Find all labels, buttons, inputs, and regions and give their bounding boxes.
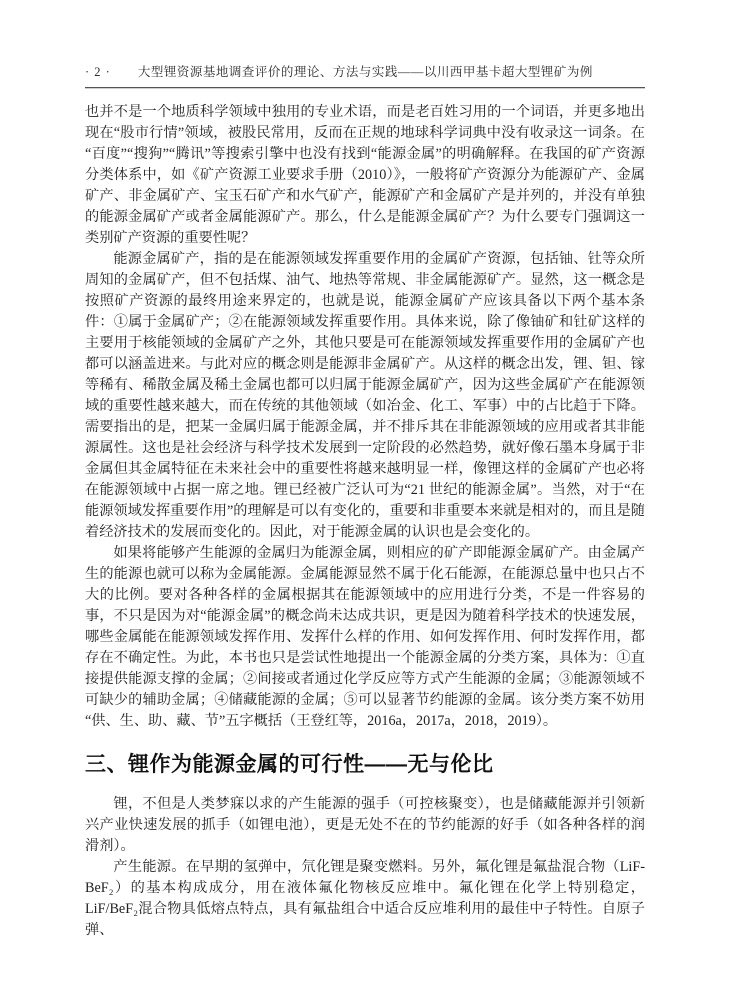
page-number: · 2 · [85, 64, 111, 80]
paragraph-classification-scheme: 如果将能够产生能源的金属归为能源金属，则相应的矿产即能源金属矿产。由金属产生的能… [85, 543, 645, 732]
paragraph-continuation: 也并不是一个地质科学领域中独用的专业术语，而是老百姓习用的一个词语，并更多地出现… [85, 102, 645, 249]
book-page: · 2 · 大型锂资源基地调查评价的理论、方法与实践——以川西甲基卡超大型锂矿为… [0, 0, 729, 1005]
running-title: 大型锂资源基地调查评价的理论、方法与实践——以川西甲基卡超大型锂矿为例 [138, 64, 593, 80]
page-header: · 2 · 大型锂资源基地调查评价的理论、方法与实践——以川西甲基卡超大型锂矿为… [85, 64, 645, 80]
header-rule [85, 87, 645, 89]
page-body: 也并不是一个地质科学领域中独用的专业术语，而是老百姓习用的一个词语，并更多地出现… [85, 102, 645, 941]
paragraph-lithium-roles: 锂，不但是人类梦寐以求的产生能源的强手（可控核聚变），也是储藏能源并引领新兴产业… [85, 794, 645, 857]
paragraph-energy-generation: 产生能源。在早期的氢弹中，氘化锂是聚变燃料。另外，氟化锂是氟盐混合物（LiF-B… [85, 857, 645, 941]
paragraph-energy-metal-definition: 能源金属矿产，指的是在能源领域发挥重要作用的金属矿产资源，包括铀、钍等众所周知的… [85, 249, 645, 543]
section-heading: 三、锂作为能源金属的可行性——无与伦比 [85, 751, 645, 779]
